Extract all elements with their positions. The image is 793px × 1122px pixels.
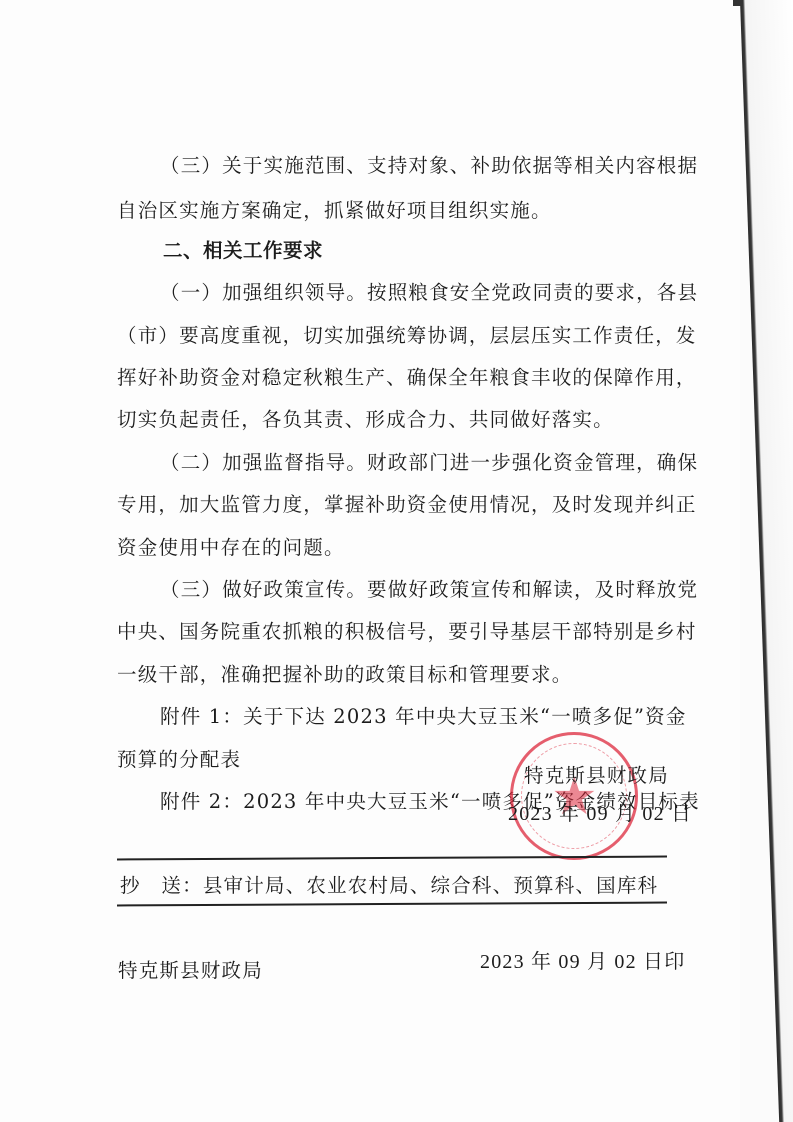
cc-label: 抄 送： [120, 874, 203, 897]
scan-page-edge [740, 0, 793, 1122]
section-heading: 二、相关工作要求 [163, 239, 323, 263]
divider-bottom [117, 902, 667, 906]
paragraph-line: 切实负起责任，各负其责、形成合力、共同做好落实。 [117, 408, 614, 432]
paragraph-line: （二）加强监督指导。财政部门进一步强化资金管理，确保 [160, 451, 698, 475]
cc-line: 抄 送：县审计局、农业农村局、综合科、预算科、国库科 [120, 874, 658, 898]
paragraph-line: （市）要高度重视，切实加强统筹协调，层层压实工作责任，发 [117, 324, 697, 348]
paragraph-line: 一级干部，准确把握补助的政策目标和管理要求。 [117, 663, 572, 687]
scan-page-edge-corner [733, 0, 743, 6]
attachment-1-continued: 预算的分配表 [117, 748, 241, 772]
paragraph-line: （三）关于实施范围、支持对象、补助依据等相关内容根据 [160, 154, 698, 178]
official-seal: ★ [510, 732, 638, 860]
footer-print-date: 2023 年 09 月 02 日印 [480, 945, 685, 974]
paragraph-line: 挥好补助资金对稳定秋粮生产、确保全年粮食丰收的保障作用， [117, 366, 697, 390]
signature-date: 2023 年 09 月 02 日 [508, 797, 692, 826]
paragraph-line: 自治区实施方案确定，抓紧做好项目组织实施。 [117, 199, 552, 223]
paragraph-line: 中央、国务院重农抓粮的积极信号，要引导基层干部特别是乡村 [117, 620, 697, 644]
paragraph-line: 资金使用中存在的问题。 [117, 536, 345, 560]
signature-issuer: 特克斯县财政局 [524, 760, 669, 788]
paragraph-line: （一）加强组织领导。按照粮食安全党政同责的要求，各县 [160, 281, 698, 305]
footer-issuer: 特克斯县财政局 [118, 955, 263, 983]
paragraph-line: （三）做好政策宣传。要做好政策宣传和解读，及时释放党 [160, 578, 698, 602]
attachment-1: 附件 1：关于下达 2023 年中央大豆玉米“一喷多促”资金 [160, 705, 687, 729]
cc-recipients: 县审计局、农业农村局、综合科、预算科、国库科 [203, 874, 658, 897]
document-page: （三）关于实施范围、支持对象、补助依据等相关内容根据 自治区实施方案确定，抓紧做… [0, 0, 740, 1122]
paragraph-line: 专用，加大监管力度，掌握补助资金使用情况，及时发现并纠正 [117, 493, 697, 517]
